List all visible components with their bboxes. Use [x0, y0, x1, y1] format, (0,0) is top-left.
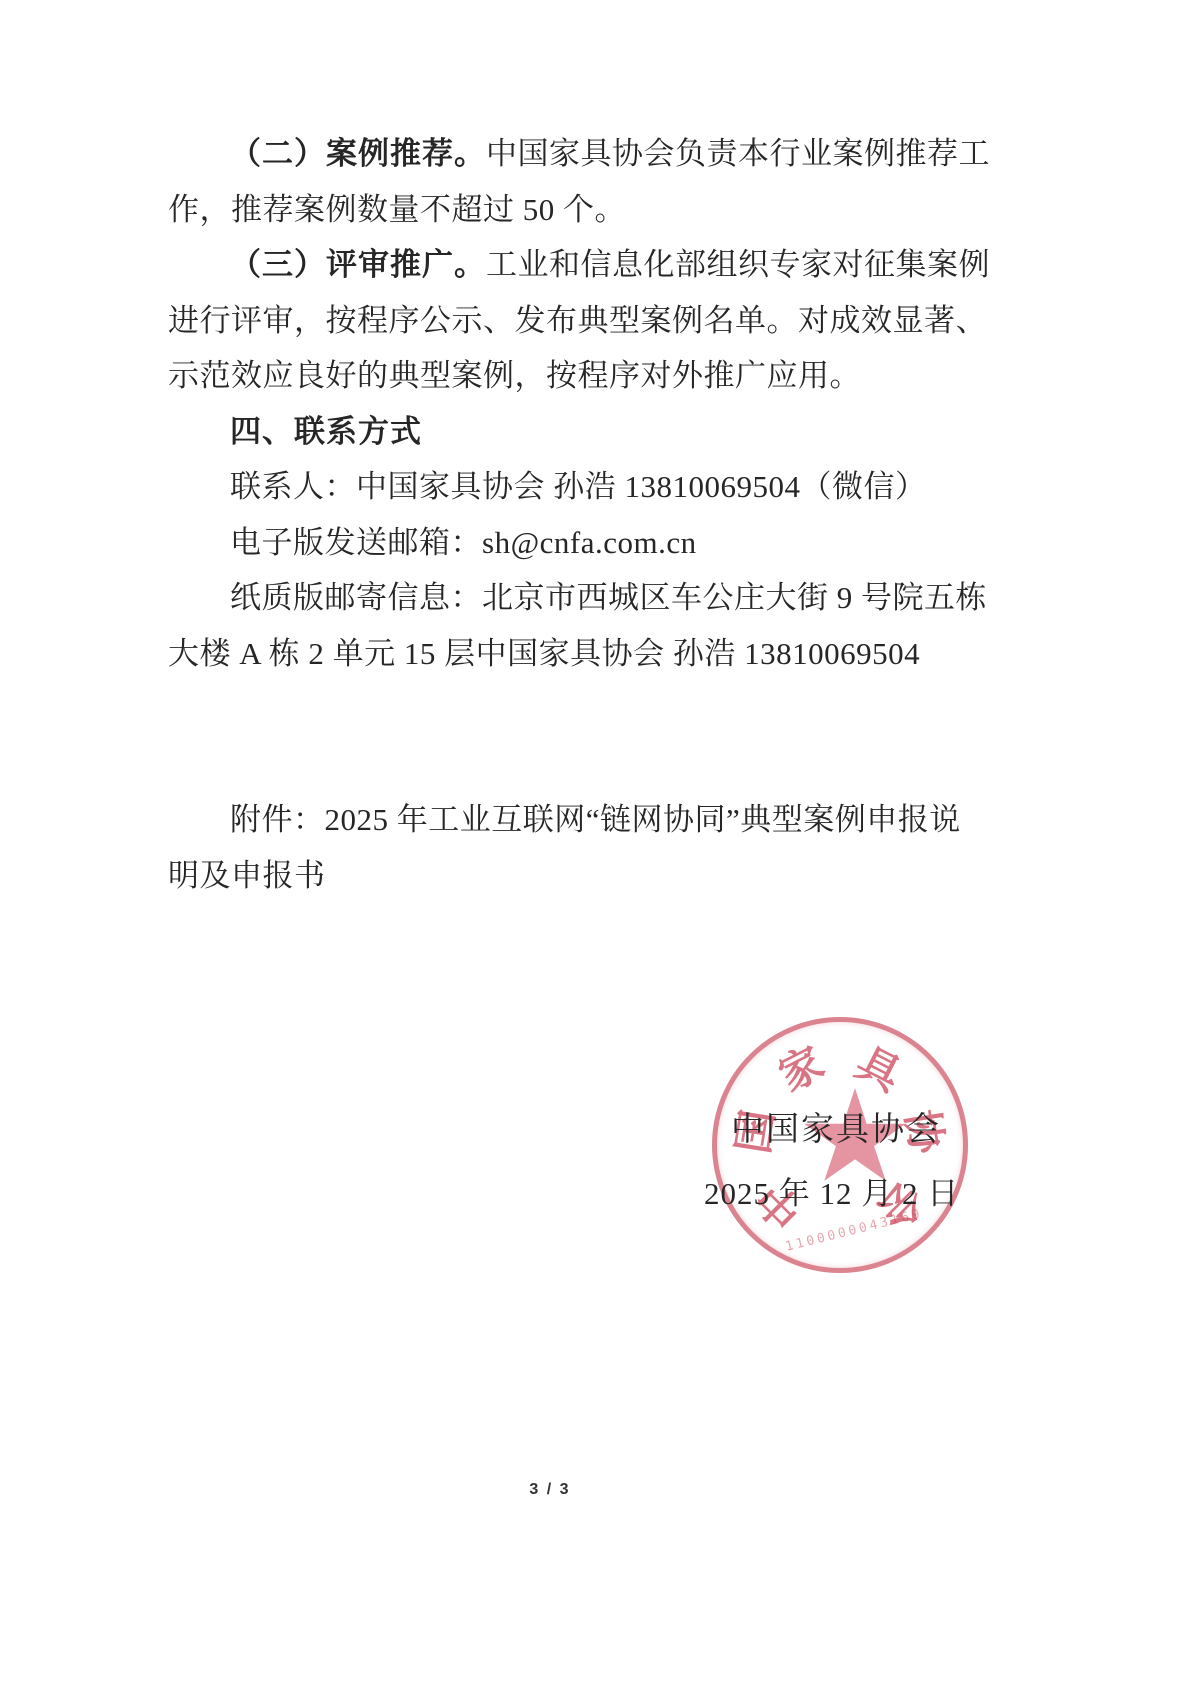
document-page: （二）案例推荐。中国家具协会负责本行业案例推荐工作，推荐案例数量不超过 50 个… [0, 0, 1190, 1682]
line-text: 示范效应良好的典型案例，按程序对外推广应用。 [168, 358, 861, 393]
document-line: 进行评审，按程序公示、发布典型案例名单。对成效显著、 [168, 293, 972, 349]
line-heading: 四、联系方式 [230, 414, 422, 449]
document-line: 明及申报书 [168, 848, 972, 904]
line-text: 附件：2025 年工业互联网“链网协同”典型案例申报说 [230, 802, 961, 837]
line-text: 纸质版邮寄信息：北京市西城区车公庄大街 9 号院五栋 [230, 580, 987, 615]
line-text: 明及申报书 [168, 858, 326, 893]
line-text: 电子版发送邮箱：sh@cnfa.com.cn [230, 525, 697, 560]
document-line: 大楼 A 栋 2 单元 15 层中国家具协会 孙浩 13810069504 [168, 626, 972, 682]
signature-organization: 中国家具协会 [731, 1103, 941, 1150]
document-line: 示范效应良好的典型案例，按程序对外推广应用。 [168, 348, 972, 404]
line-text: 联系人：中国家具协会 孙浩 13810069504（微信） [230, 469, 927, 504]
line-text: 进行评审，按程序公示、发布典型案例名单。对成效显著、 [168, 303, 987, 338]
document-line: （三）评审推广。工业和信息化部组织专家对征集案例 [168, 237, 972, 293]
page-number: 3 / 3 [0, 1481, 1100, 1499]
signature-date: 2025 年 12 月 2 日 [704, 1168, 959, 1213]
line-heading: （三）评审推广。 [230, 247, 486, 282]
document-line: 附件：2025 年工业互联网“链网协同”典型案例申报说 [168, 792, 972, 848]
line-text: 工业和信息化部组织专家对征集案例 [486, 247, 990, 282]
document-line: （二）案例推荐。中国家具协会负责本行业案例推荐工 [168, 126, 972, 182]
line-text: 大楼 A 栋 2 单元 15 层中国家具协会 孙浩 13810069504 [168, 636, 920, 671]
document-line: 联系人：中国家具协会 孙浩 13810069504（微信） [168, 459, 972, 515]
document-line: 四、联系方式 [168, 404, 972, 460]
line-text: 作，推荐案例数量不超过 50 个。 [168, 192, 626, 227]
line-heading: （二）案例推荐。 [230, 136, 486, 171]
document-body: （二）案例推荐。中国家具协会负责本行业案例推荐工作，推荐案例数量不超过 50 个… [168, 126, 972, 903]
document-line: 纸质版邮寄信息：北京市西城区车公庄大街 9 号院五栋 [168, 570, 972, 626]
line-text: 中国家具协会负责本行业案例推荐工 [486, 136, 990, 171]
document-line: 电子版发送邮箱：sh@cnfa.com.cn [168, 515, 972, 571]
document-line: 作，推荐案例数量不超过 50 个。 [168, 182, 972, 238]
